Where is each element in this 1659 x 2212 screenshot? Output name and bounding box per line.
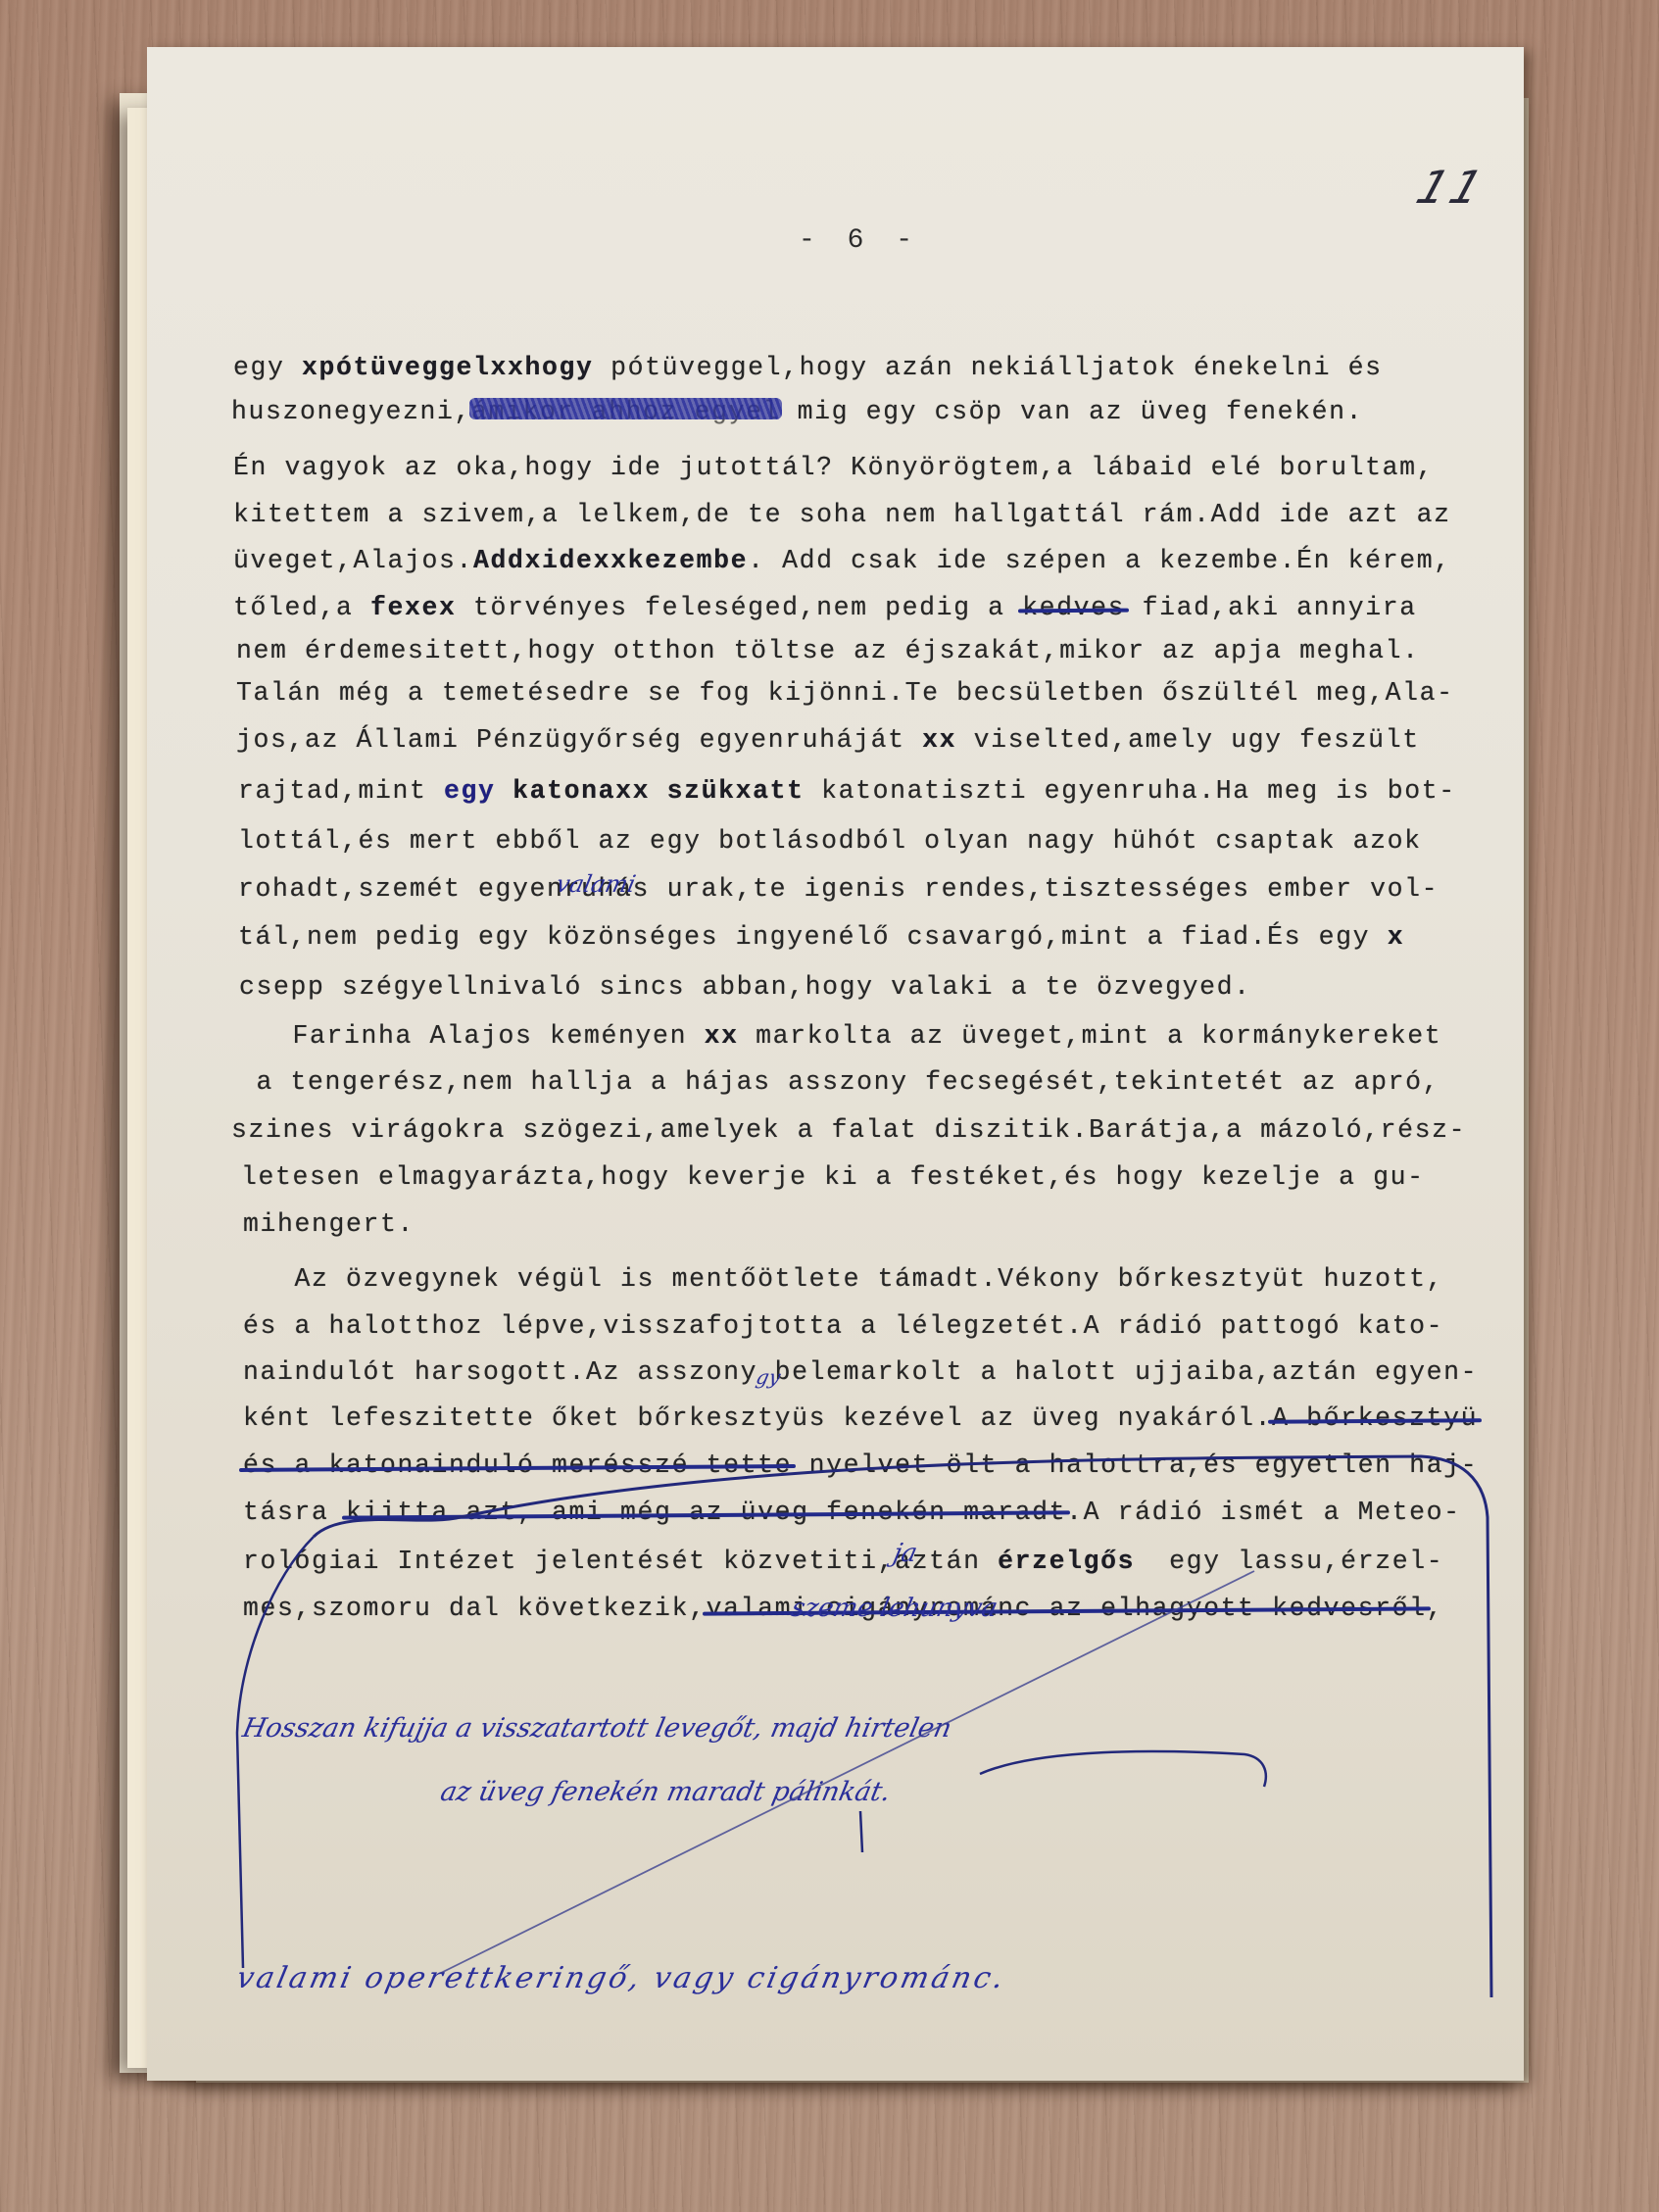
typed-line: Talán még a temetésedre se fog kijönni.T…: [236, 678, 1454, 708]
typed-line: tásra kiitta azt, ami még az üveg feneké…: [243, 1498, 1461, 1527]
typed-line: csepp szégyellnivaló sincs abban,hogy va…: [239, 972, 1251, 1002]
handwritten-insert-gy: gy: [754, 1365, 782, 1389]
typed-text: [650, 776, 667, 806]
typed-text: tál,nem pedig egy közönséges ingyenélő c…: [238, 922, 1388, 952]
typed-line: ként lefeszitette őket bőrkesztyüs kezév…: [243, 1403, 1478, 1433]
typed-text: egy lassu,érzel-: [1135, 1547, 1443, 1576]
typed-text: naindulót harsogott.Az asszony belemarko…: [243, 1357, 1478, 1387]
typed-overstrike: x: [1388, 922, 1405, 952]
typed-text: Farinha Alajos keményen: [241, 1021, 705, 1051]
typed-text: . Add csak ide szépen a kezembe.Én kérem…: [748, 546, 1451, 575]
typed-line: Az özvegynek végül is mentőötlete támadt…: [243, 1264, 1443, 1294]
typed-text: pótüveggel,hogy azán nekiálljatok énekel…: [594, 353, 1383, 382]
typed-text: törvényes feleséged,nem pedig a: [457, 593, 1023, 622]
typed-line: és a halotthoz lépve,visszafojtotta a lé…: [243, 1311, 1443, 1341]
typed-text: viselted,amely ugy feszült: [956, 725, 1420, 755]
typed-line: lottál,és mert ebből az egy botlásodból …: [238, 826, 1422, 856]
typed-overstrike: xpótüveggelxxhogy: [302, 353, 594, 382]
typed-text: mihengert.: [243, 1209, 415, 1239]
typed-line: kitettem a szivem,a lelkem,de te soha ne…: [233, 500, 1451, 529]
handwritten-insert-valami-operett: valami operettkeringő, vagy cigányrománc…: [233, 1961, 1009, 1995]
typed-text: Az özvegynek végül is mentőötlete támadt…: [243, 1264, 1443, 1294]
typed-text: és a halotthoz lépve,visszafojtotta a lé…: [243, 1311, 1443, 1341]
typed-overstrike: katonaxx: [512, 776, 650, 806]
typed-text: fiad,aki annyira: [1125, 593, 1417, 622]
typed-line: a tengerész,nem hallja a hájas asszony f…: [239, 1067, 1439, 1097]
typed-text: mes,szomoru dal következik,: [243, 1594, 707, 1623]
typed-line: naindulót harsogott.Az asszony belemarko…: [243, 1357, 1478, 1387]
typed-line: rajtad,mint egy katonaxx szükxatt katona…: [238, 776, 1456, 806]
typed-overstrike: Addxidexxkezembe: [473, 546, 748, 575]
typed-line: egy xpótüveggelxxhogy pótüveggel,hogy az…: [233, 353, 1383, 382]
page-number: - 6 -: [799, 225, 920, 256]
typed-text: rológiai Intézet jelentését közvetiti,az…: [243, 1547, 998, 1576]
typed-line: és a katonainduló merésszé tette nyelvet…: [243, 1450, 1478, 1480]
typed-text: ként lefeszitette őket bőrkesztyüs kezév…: [243, 1403, 1272, 1433]
ink-strikethrough: A bőrkesztyü: [1272, 1403, 1478, 1433]
folio-number: 11: [1410, 161, 1492, 214]
typed-overstrike: érzelgős: [998, 1547, 1135, 1576]
ink-scribble-deletion: ámikor ahhoz egyel: [471, 397, 780, 426]
ink-strikethrough: kedves: [1022, 593, 1125, 622]
handwritten-insert-valami: valami: [554, 870, 638, 898]
typed-line: tőled,a fexex törvényes feleséged,nem pe…: [233, 593, 1417, 622]
typed-line: Én vagyok az oka,hogy ide jutottál? Köny…: [233, 453, 1434, 482]
typed-text: jos,az Állami Pénzügyőrség egyenruháját: [236, 725, 922, 755]
typed-text: markolta az üveget,mint a kormánykereket: [739, 1021, 1442, 1051]
typed-line: jos,az Állami Pénzügyőrség egyenruháját …: [236, 725, 1420, 755]
typed-overstrike: szükxatt: [667, 776, 805, 806]
typed-text: szines virágokra szögezi,amelyek a falat…: [231, 1115, 1466, 1145]
typed-line: rohadt,szemét egyenruhás urak,te igenis …: [238, 874, 1439, 904]
typed-text: nyelvet ölt a halottra,és egyetlen haj-: [792, 1450, 1478, 1480]
typed-line: letesen elmagyarázta,hogy keverje ki a f…: [241, 1162, 1425, 1192]
typed-text: .A rádió ismét a Meteo-: [1066, 1498, 1461, 1527]
typed-text: csepp szégyellnivaló sincs abban,hogy va…: [239, 972, 1251, 1002]
typed-overstrike: xx: [705, 1021, 739, 1051]
typed-text: a tengerész,nem hallja a hájas asszony f…: [239, 1067, 1439, 1097]
typed-text: Én vagyok az oka,hogy ide jutottál? Köny…: [233, 453, 1434, 482]
typed-text: egy: [233, 353, 302, 382]
typed-line: nem érdemesitett,hogy otthon töltse az é…: [236, 636, 1420, 665]
handwritten-insert-szeme-lehunyva: szeme lehunyva: [789, 1594, 1000, 1623]
typed-text: huszonegyezni,: [231, 397, 471, 426]
typed-text: lottál,és mert ebből az egy botlásodból …: [238, 826, 1422, 856]
handwritten-insert-hosszan: Hosszan kifujja a visszatartott levegőt,…: [240, 1713, 954, 1744]
typed-line: huszonegyezni,ámikor ahhoz egyel mig egy…: [231, 397, 1363, 426]
ink-strikethrough: kiitta azt, ami még az üveg fenekén mara…: [346, 1498, 1066, 1527]
typed-line: tál,nem pedig egy közönséges ingyenélő c…: [238, 922, 1404, 952]
typed-line: üveget,Alajos.Addxidexxkezembe. Add csak…: [233, 546, 1451, 575]
typed-text: nem érdemesitett,hogy otthon töltse az é…: [236, 636, 1420, 665]
ink-strikethrough: és a katonainduló merésszé tette: [243, 1450, 792, 1480]
typed-text: katonatiszti egyenruha.Ha meg is bot-: [805, 776, 1456, 806]
handwritten-insert-az-uveg: az üveg fenekén maradt pálinkát.: [438, 1777, 894, 1807]
typed-text: tőled,a: [233, 593, 370, 622]
typed-text: rajtad,mint: [238, 776, 444, 806]
typed-text: kitettem a szivem,a lelkem,de te soha ne…: [233, 500, 1451, 529]
typed-overstrike: xx: [922, 725, 956, 755]
typed-text: tásra: [243, 1498, 346, 1527]
typed-line: mihengert.: [243, 1209, 415, 1239]
typed-text: [496, 776, 513, 806]
typed-text: Talán még a temetésedre se fog kijönni.T…: [236, 678, 1454, 708]
typed-overstrike: fexex: [370, 593, 457, 622]
typed-text: letesen elmagyarázta,hogy keverje ki a f…: [241, 1162, 1425, 1192]
typed-text: rohadt,szemét egyenruhás urak,te igenis …: [238, 874, 1439, 904]
manuscript-page: 11 - 6 - egy xpótüveggelxxhogy pótüvegge…: [147, 47, 1524, 2081]
typed-line: Farinha Alajos keményen xx markolta az ü…: [241, 1021, 1441, 1051]
typed-text: mig egy csöp van az üveg fenekén.: [780, 397, 1363, 426]
typed-line: szines virágokra szögezi,amelyek a falat…: [231, 1115, 1466, 1145]
typed-text: üveget,Alajos.: [233, 546, 473, 575]
ink-overstrike: egy: [444, 776, 496, 806]
typed-line: rológiai Intézet jelentését közvetiti,az…: [243, 1547, 1443, 1576]
